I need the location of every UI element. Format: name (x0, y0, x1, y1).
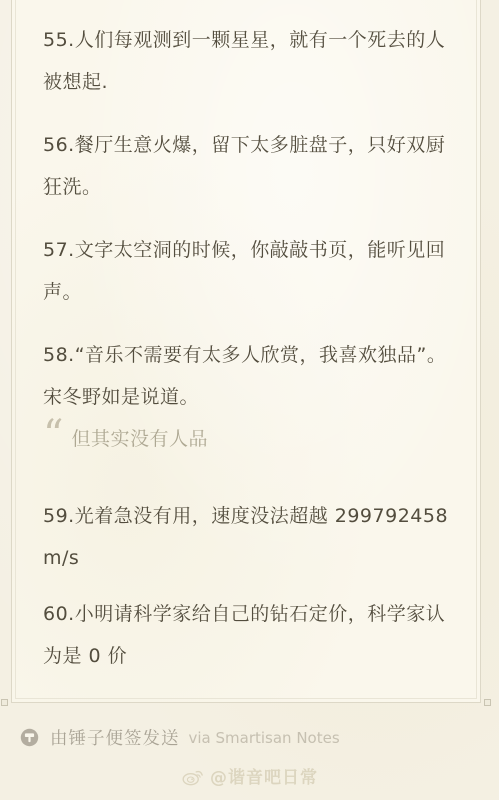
footer-via-label: via Smartisan Notes (189, 729, 340, 747)
note-body: 55.人们每观测到一颗星星，就有一个死去的人被想起. 56.餐厅生意火爆，留下太… (12, 0, 480, 677)
frame-corner-pin-left (1, 699, 8, 706)
frame-corner-pin-right (484, 699, 491, 706)
smartisan-hammer-icon (20, 728, 39, 747)
watermark: @谐音吧日常 (0, 763, 499, 788)
weibo-icon (181, 765, 205, 787)
footer-sent-label: 由锤子便签发送 (50, 725, 180, 750)
watermark-handle: @谐音吧日常 (210, 763, 318, 788)
quote-mark-icon: “ (43, 418, 63, 452)
quote-text: 但其实没有人品 (71, 418, 208, 460)
note-item-59: 59.光着急没有用，速度没法超越 299792458 m/s (43, 495, 450, 579)
note-item-56: 56.餐厅生意火爆，留下太多脏盘子，只好双厨狂洗。 (43, 124, 450, 208)
footer: 由锤子便签发送 via Smartisan Notes (20, 725, 340, 750)
note-item-60: 60.小明请科学家给自己的钻石定价，科学家认为是 0 价 (43, 593, 450, 677)
note-item-57: 57.文字太空洞的时候，你敲敲书页，能听见回声。 (43, 229, 450, 313)
note-item-58: 58.“音乐不需要有太多人欣赏，我喜欢独品”。宋冬野如是说道。 (43, 334, 450, 418)
quote-block: “ 但其实没有人品 (43, 418, 450, 460)
note-paper: 55.人们每观测到一颗星星，就有一个死去的人被想起. 56.餐厅生意火爆，留下太… (11, 0, 481, 703)
note-item-55: 55.人们每观测到一颗星星，就有一个死去的人被想起. (43, 19, 450, 103)
note-share-card: 55.人们每观测到一颗星星，就有一个死去的人被想起. 56.餐厅生意火爆，留下太… (0, 0, 499, 800)
